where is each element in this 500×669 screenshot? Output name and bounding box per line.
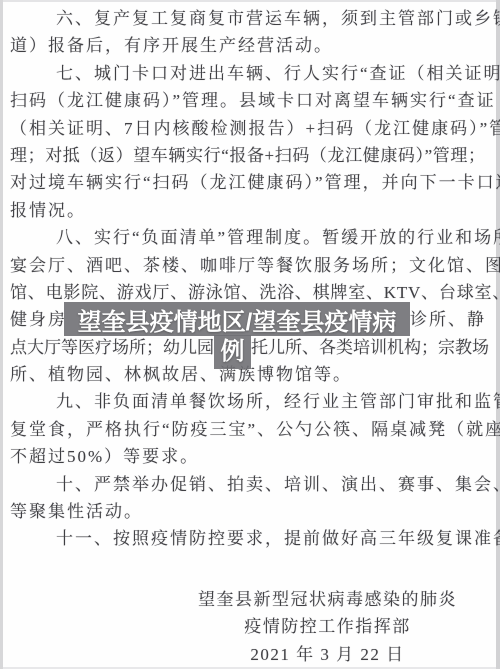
title-overlay-line2: 例 <box>214 335 251 369</box>
notice-line: 不超过50%）等要求。 <box>10 443 490 470</box>
notice-line: 报情况。 <box>10 197 490 224</box>
notice-line: 对过境车辆实行“扫码（龙江健康码）”管理，并向下一卡口通 <box>10 169 490 196</box>
signature-org-line1: 望奎县新型冠状病毒感染的肺炎 <box>175 586 480 613</box>
notice-line: 十、严禁举办促销、拍卖、培训、演出、赛事、集会、庆典 <box>10 471 490 498</box>
notice-line: 八、实行“负面清单”管理制度。暂缓开放的行业和场所： <box>10 224 490 251</box>
scanned-notice-page: 六、复产复工复商复市营运车辆，须到主管部门或乡镇（街 道）报备后，有序开展生产经… <box>0 0 500 669</box>
obscured-line-left-fragment: 点大厅等医疗场所；幼儿园 <box>10 334 214 361</box>
notice-line: 扫码（龙江健康码）”管理。县域卡口对离望车辆实行“查证 <box>10 87 490 114</box>
signature-date: 2021 年 3 月 22 日 <box>175 641 480 668</box>
signature-block: 望奎县新型冠状病毒感染的肺炎 疫情防控工作指挥部 2021 年 3 月 22 日 <box>175 586 480 668</box>
notice-line: 理；对抵（返）望车辆实行“报备+扫码（龙江健康码）”管理； <box>10 142 490 169</box>
signature-org-line2: 疫情防控工作指挥部 <box>175 613 480 640</box>
notice-line: 十一、按照疫情防控要求，提前做好高三年级复课准备。 <box>10 525 490 552</box>
notice-line-partially-obscured: 点大厅等医疗场所；幼儿园 例 托儿所、各类培训机构；宗教场 <box>10 334 490 361</box>
obscured-line-right-fragment: 托儿所、各类培训机构；宗教场 <box>251 334 489 361</box>
notice-line: 宴会厅、酒吧、茶楼、咖啡厅等餐饮服务场所；文化馆、图书 <box>10 252 490 279</box>
notice-line: 复堂食，严格执行“防疫三宝”、公勺公筷、隔桌减凳（就座率 <box>10 416 490 443</box>
notice-line: 等聚集性活动。 <box>10 498 490 525</box>
notice-line: 六、复产复工复商复市营运车辆，须到主管部门或乡镇（街 <box>10 5 490 32</box>
notice-line: 九、非负面清单餐饮场所，经行业主管部门审批和监管下恢 <box>10 388 490 415</box>
notice-line: （相关证明、7日内核酸检测报告）+扫码（龙江健康码）”管 <box>10 115 490 142</box>
scan-edge-top <box>3 0 496 2</box>
notice-line: 七、城门卡口对进出车辆、行人实行“查证（相关证明）+ <box>10 60 490 87</box>
title-overlay-line1: 望奎县疫情地区/望奎县疫情病 <box>64 302 410 336</box>
notice-line: 道）报备后，有序开展生产经营活动。 <box>10 32 490 59</box>
obscured-line-left-fragment: 健身房 <box>10 306 67 333</box>
scan-edge-left <box>0 0 3 669</box>
scan-edge-right <box>496 0 500 669</box>
